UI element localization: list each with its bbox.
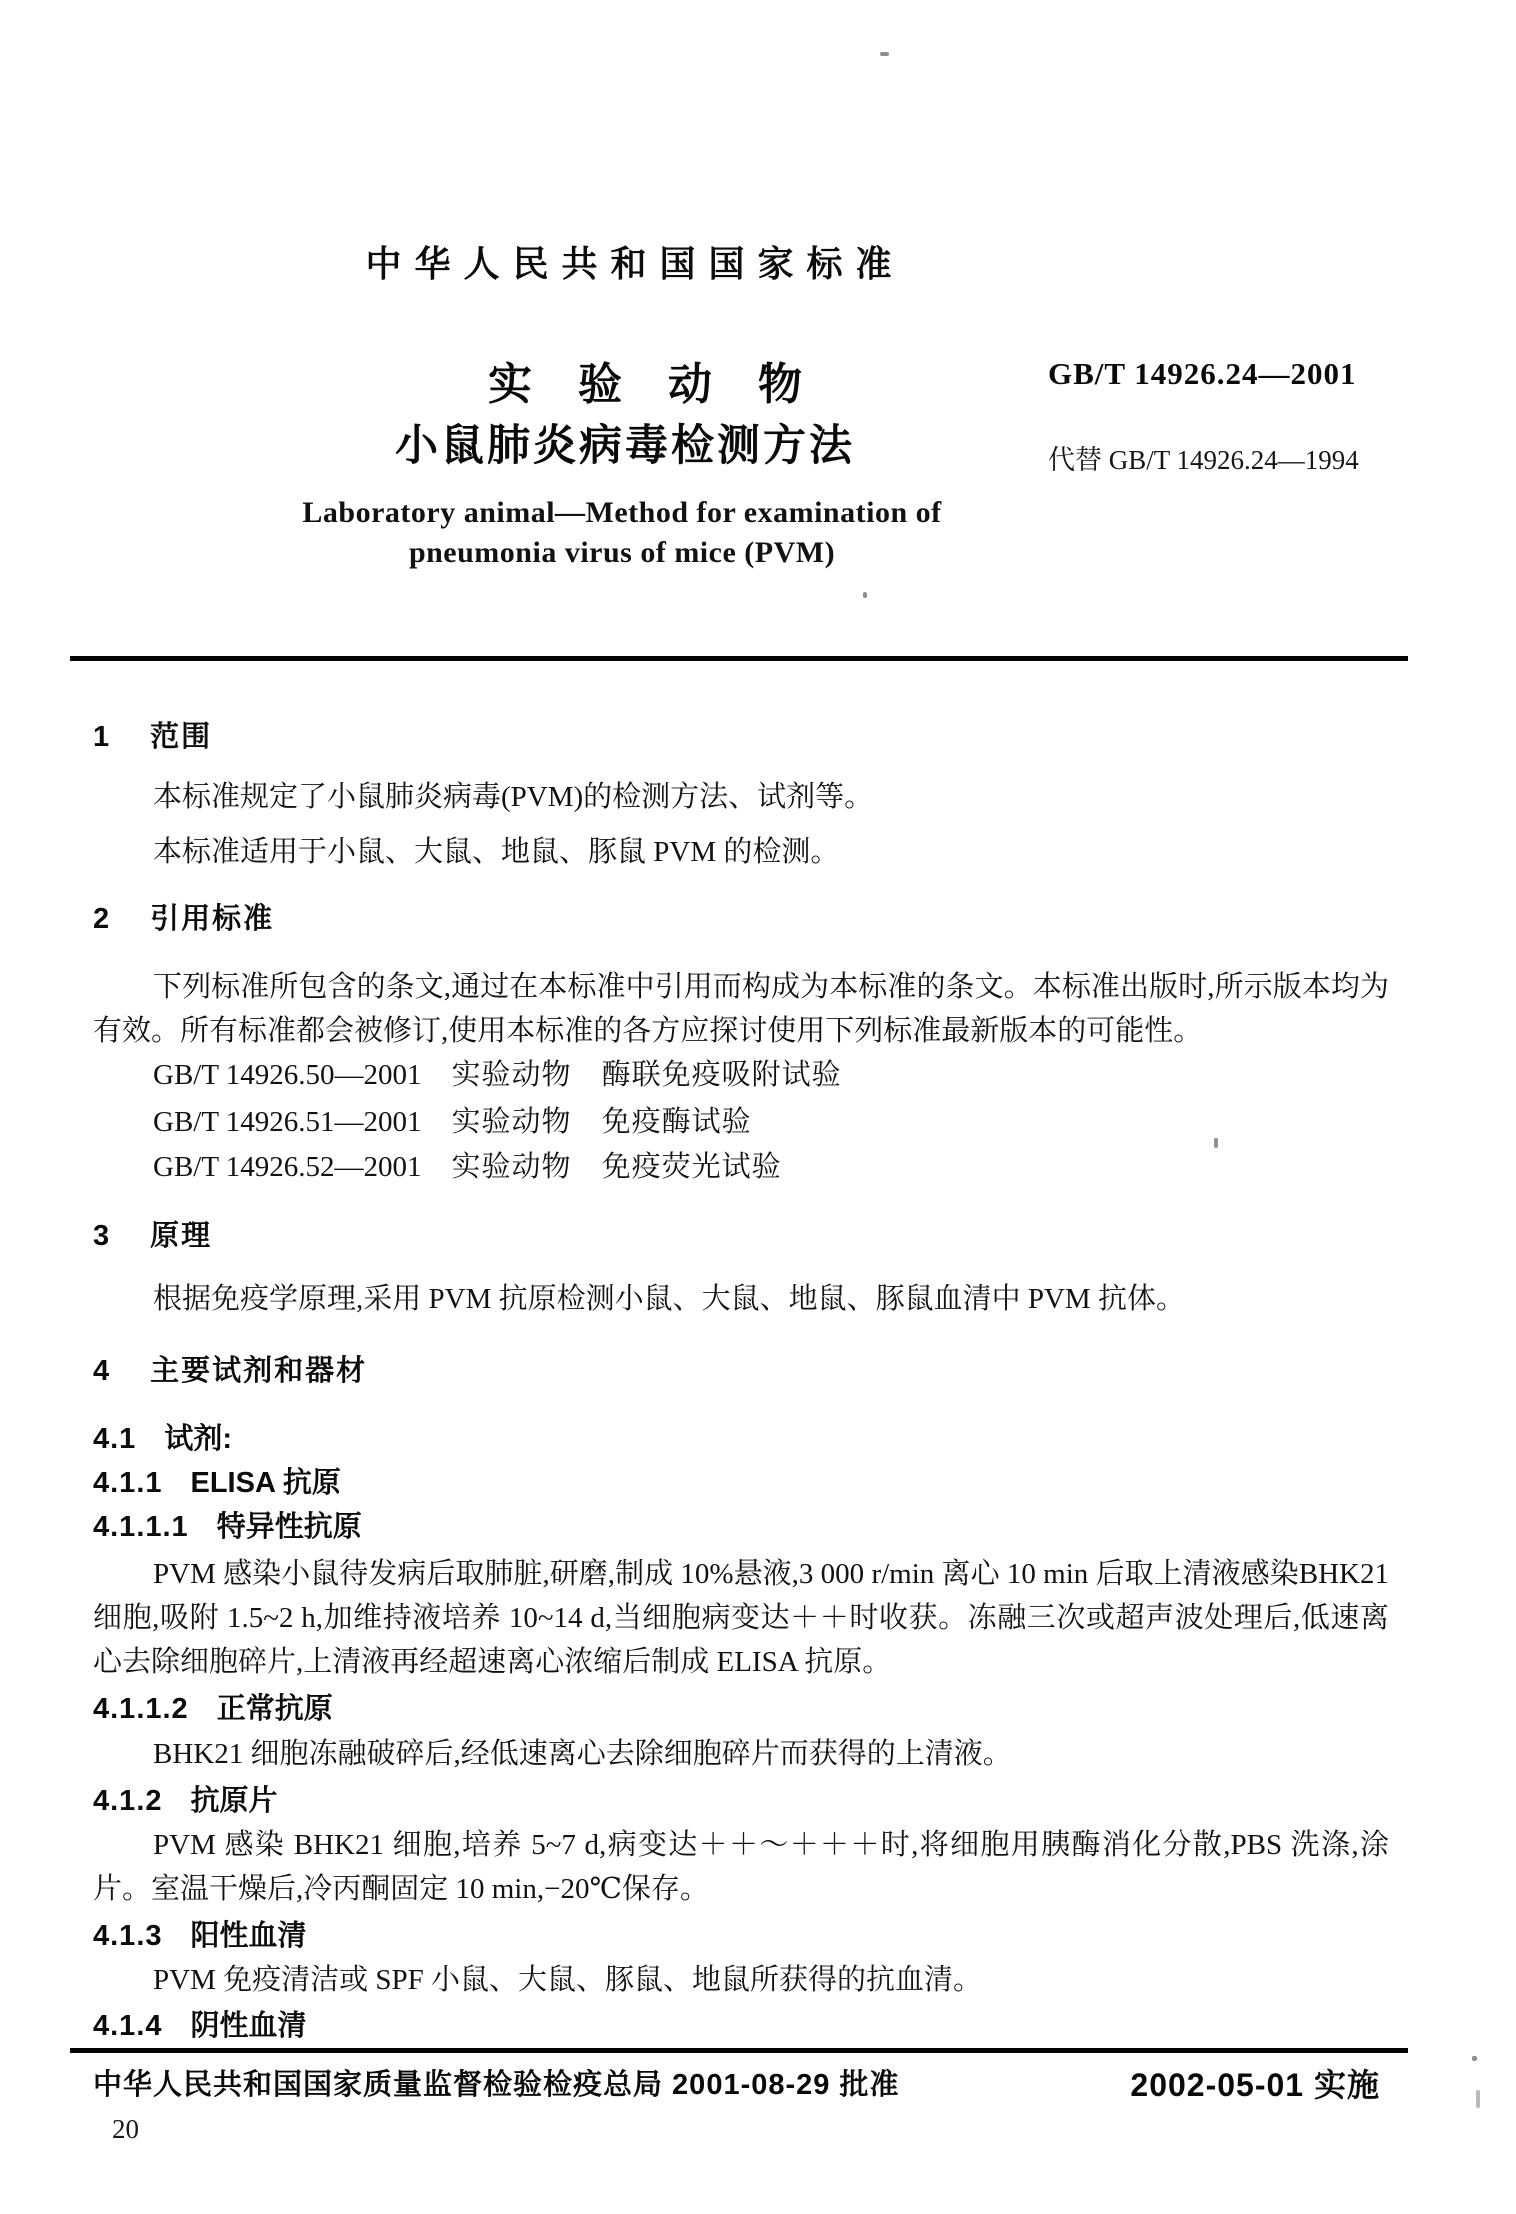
reference-item: GB/T 14926.51—2001实验动物免疫酶试验 [153, 1100, 1389, 1144]
section-4-1-3-heading: 4.1.3阳性血清 [93, 1914, 1389, 1958]
section-title: ELISA 抗原 [191, 1467, 341, 1499]
reference-category: 实验动物 [452, 1151, 572, 1183]
specific-antigen-paragraph: PVM 感染小鼠待发病后取肺脏,研磨,制成 10%悬液,3 000 r/min … [93, 1552, 1389, 1684]
national-standard-label: 中华人民共和国国家标准 [82, 236, 1175, 287]
section-4-1-4-heading: 4.1.4阴性血清 [93, 2004, 1389, 2048]
footer-approval: 中华人民共和国国家质量监督检验检疫总局 2001-08-29 批准 [93, 2062, 899, 2103]
principle-paragraph: 根据免疫学原理,采用 PVM 抗原检测小鼠、大鼠、地鼠、豚鼠血清中 PVM 抗体… [93, 1277, 1389, 1321]
scope-paragraph-2: 本标准适用于小鼠、大鼠、地鼠、豚鼠 PVM 的检测。 [93, 830, 1389, 874]
section-4-1-2-heading: 4.1.2抗原片 [93, 1779, 1389, 1823]
reference-code: GB/T 14926.52—2001 [153, 1151, 422, 1183]
scan-artifact [863, 592, 867, 598]
section-number: 1 [93, 721, 110, 753]
reference-item: GB/T 14926.50—2001实验动物酶联免疫吸附试验 [153, 1053, 1389, 1097]
normal-antigen-paragraph: BHK21 细胞冻融破碎后,经低速离心去除细胞碎片而获得的上清液。 [93, 1732, 1389, 1776]
scan-artifact [1476, 2090, 1480, 2108]
reference-category: 实验动物 [452, 1059, 572, 1091]
section-number: 4.1.1.1 [93, 1511, 189, 1543]
section-number: 4.1.1 [93, 1467, 163, 1499]
reference-code: GB/T 14926.51—2001 [153, 1106, 422, 1138]
document-title-cn-line1: 实验动物 [82, 348, 1208, 412]
document-title-en-line2: pneumonia virus of mice (PVM) [82, 536, 1162, 570]
reference-category: 实验动物 [452, 1106, 572, 1138]
section-number: 4 [93, 1355, 110, 1387]
reference-name: 酶联免疫吸附试验 [602, 1059, 842, 1091]
section-title: 阳性血清 [191, 1920, 307, 1952]
section-4-1-heading: 4.1试剂: [93, 1417, 1389, 1461]
reference-name: 免疫荧光试验 [602, 1151, 782, 1183]
section-title: 原理 [150, 1220, 212, 1252]
scope-paragraph-1: 本标准规定了小鼠肺炎病毒(PVM)的检测方法、试剂等。 [93, 775, 1389, 819]
section-number: 4.1.4 [93, 2010, 163, 2042]
section-title: 试剂: [164, 1423, 232, 1455]
footer-implementation: 2002-05-01 实施 [1130, 2060, 1380, 2106]
section-title: 引用标准 [150, 903, 274, 935]
section-number: 4.1.3 [93, 1920, 163, 1952]
reference-code: GB/T 14926.50—2001 [153, 1059, 422, 1091]
section-1-heading: 1范围 [93, 715, 1389, 759]
reference-item: GB/T 14926.52—2001实验动物免疫荧光试验 [153, 1145, 1389, 1189]
section-2-heading: 2引用标准 [93, 897, 1389, 941]
document-body: 1范围 本标准规定了小鼠肺炎病毒(PVM)的检测方法、试剂等。 本标准适用于小鼠… [93, 661, 1389, 2048]
page-number: 20 [112, 2114, 139, 2145]
scan-artifact [880, 52, 889, 56]
section-4-1-1-1-heading: 4.1.1.1特异性抗原 [93, 1505, 1389, 1549]
section-4-1-1-heading: 4.1.1ELISA 抗原 [93, 1461, 1389, 1505]
section-title: 阴性血清 [191, 2010, 307, 2042]
section-4-1-1-2-heading: 4.1.1.2正常抗原 [93, 1687, 1389, 1731]
antigen-slide-paragraph: PVM 感染 BHK21 细胞,培养 5~7 d,病变达＋＋～＋＋＋时,将细胞用… [93, 1823, 1389, 1911]
footer-divider-rule [70, 2048, 1408, 2053]
section-title: 主要试剂和器材 [150, 1355, 367, 1387]
scanned-standard-page: 中华人民共和国国家标准 实验动物 小鼠肺炎病毒检测方法 Laboratory a… [0, 0, 1516, 2214]
supersedes-note: 代替 GB/T 14926.24—1994 [1048, 438, 1359, 477]
section-title: 抗原片 [191, 1785, 278, 1817]
section-number: 4.1.1.2 [93, 1693, 189, 1725]
standard-code: GB/T 14926.24—2001 [1048, 356, 1357, 392]
section-number: 3 [93, 1220, 110, 1252]
section-title: 正常抗原 [217, 1693, 333, 1725]
section-title: 特异性抗原 [217, 1511, 362, 1543]
referenced-standards-paragraph: 下列标准所包含的条文,通过在本标准中引用而构成为本标准的条文。本标准出版时,所示… [93, 965, 1389, 1053]
reference-name: 免疫酶试验 [602, 1106, 752, 1138]
section-number: 4.1 [93, 1423, 136, 1455]
scan-artifact [1472, 2056, 1477, 2061]
section-title: 范围 [150, 721, 212, 753]
section-3-heading: 3原理 [93, 1214, 1389, 1258]
document-title-cn-line2: 小鼠肺炎病毒检测方法 [82, 412, 1165, 473]
section-4-heading: 4主要试剂和器材 [93, 1349, 1389, 1393]
section-number: 4.1.2 [93, 1785, 163, 1817]
positive-serum-paragraph: PVM 免疫清洁或 SPF 小鼠、大鼠、豚鼠、地鼠所获得的抗血清。 [93, 1958, 1389, 2002]
section-number: 2 [93, 903, 110, 935]
document-title-en-line1: Laboratory animal—Method for examination… [82, 496, 1162, 530]
